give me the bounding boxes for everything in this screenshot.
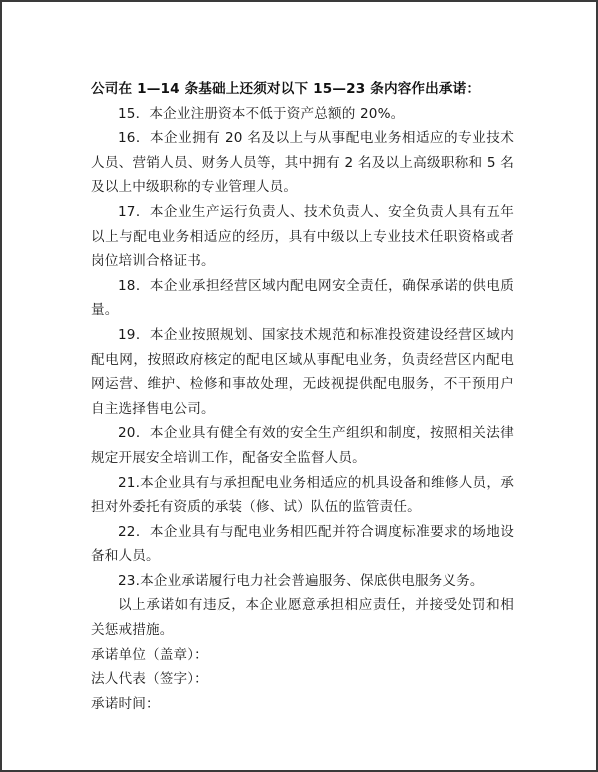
signature-unit-label: 承诺单位（盖章）：: [91, 643, 514, 668]
commitment-item-18: 18．本企业承担经营区域内配电网安全责任，确保承诺的供电质量。: [91, 274, 514, 323]
commitment-item-23: 23.本企业承诺履行电力社会普遍服务、保底供电服务义务。: [91, 569, 514, 594]
signature-legal-rep-label: 法人代表（签字）：: [91, 667, 514, 692]
document-page: 公司在 1—14 条基础上还须对以下 15—23 条内容作出承诺： 15．本企业…: [0, 0, 598, 772]
commitment-item-19: 19．本企业按照规划、国家技术规范和标准投资建设经营区域内配电网，按照政府核定的…: [91, 323, 514, 421]
commitment-item-15: 15．本企业注册资本不低于资产总额的 20%。: [91, 102, 514, 127]
commitment-item-21: 21.本企业具有与承担配电业务相适应的机具设备和维修人员，承担对外委托有资质的承…: [91, 471, 514, 520]
closing-statement: 以上承诺如有违反，本企业愿意承担相应责任，并接受处罚和相关惩戒措施。: [91, 593, 514, 642]
commitment-heading: 公司在 1—14 条基础上还须对以下 15—23 条内容作出承诺：: [91, 77, 514, 102]
commitment-item-22: 22．本企业具有与配电业务相匹配并符合调度标准要求的场地设备和人员。: [91, 520, 514, 569]
commitment-item-16: 16．本企业拥有 20 名及以上与从事配电业务相适应的专业技术人员、营销人员、财…: [91, 126, 514, 200]
document-body: 公司在 1—14 条基础上还须对以下 15—23 条内容作出承诺： 15．本企业…: [91, 77, 514, 716]
commitment-item-17: 17．本企业生产运行负责人、技术负责人、安全负责人具有五年以上与配电业务相适应的…: [91, 200, 514, 274]
commitment-item-20: 20．本企业具有健全有效的安全生产组织和制度，按照相关法律规定开展安全培训工作，…: [91, 421, 514, 470]
signature-date-label: 承诺时间：: [91, 692, 514, 717]
